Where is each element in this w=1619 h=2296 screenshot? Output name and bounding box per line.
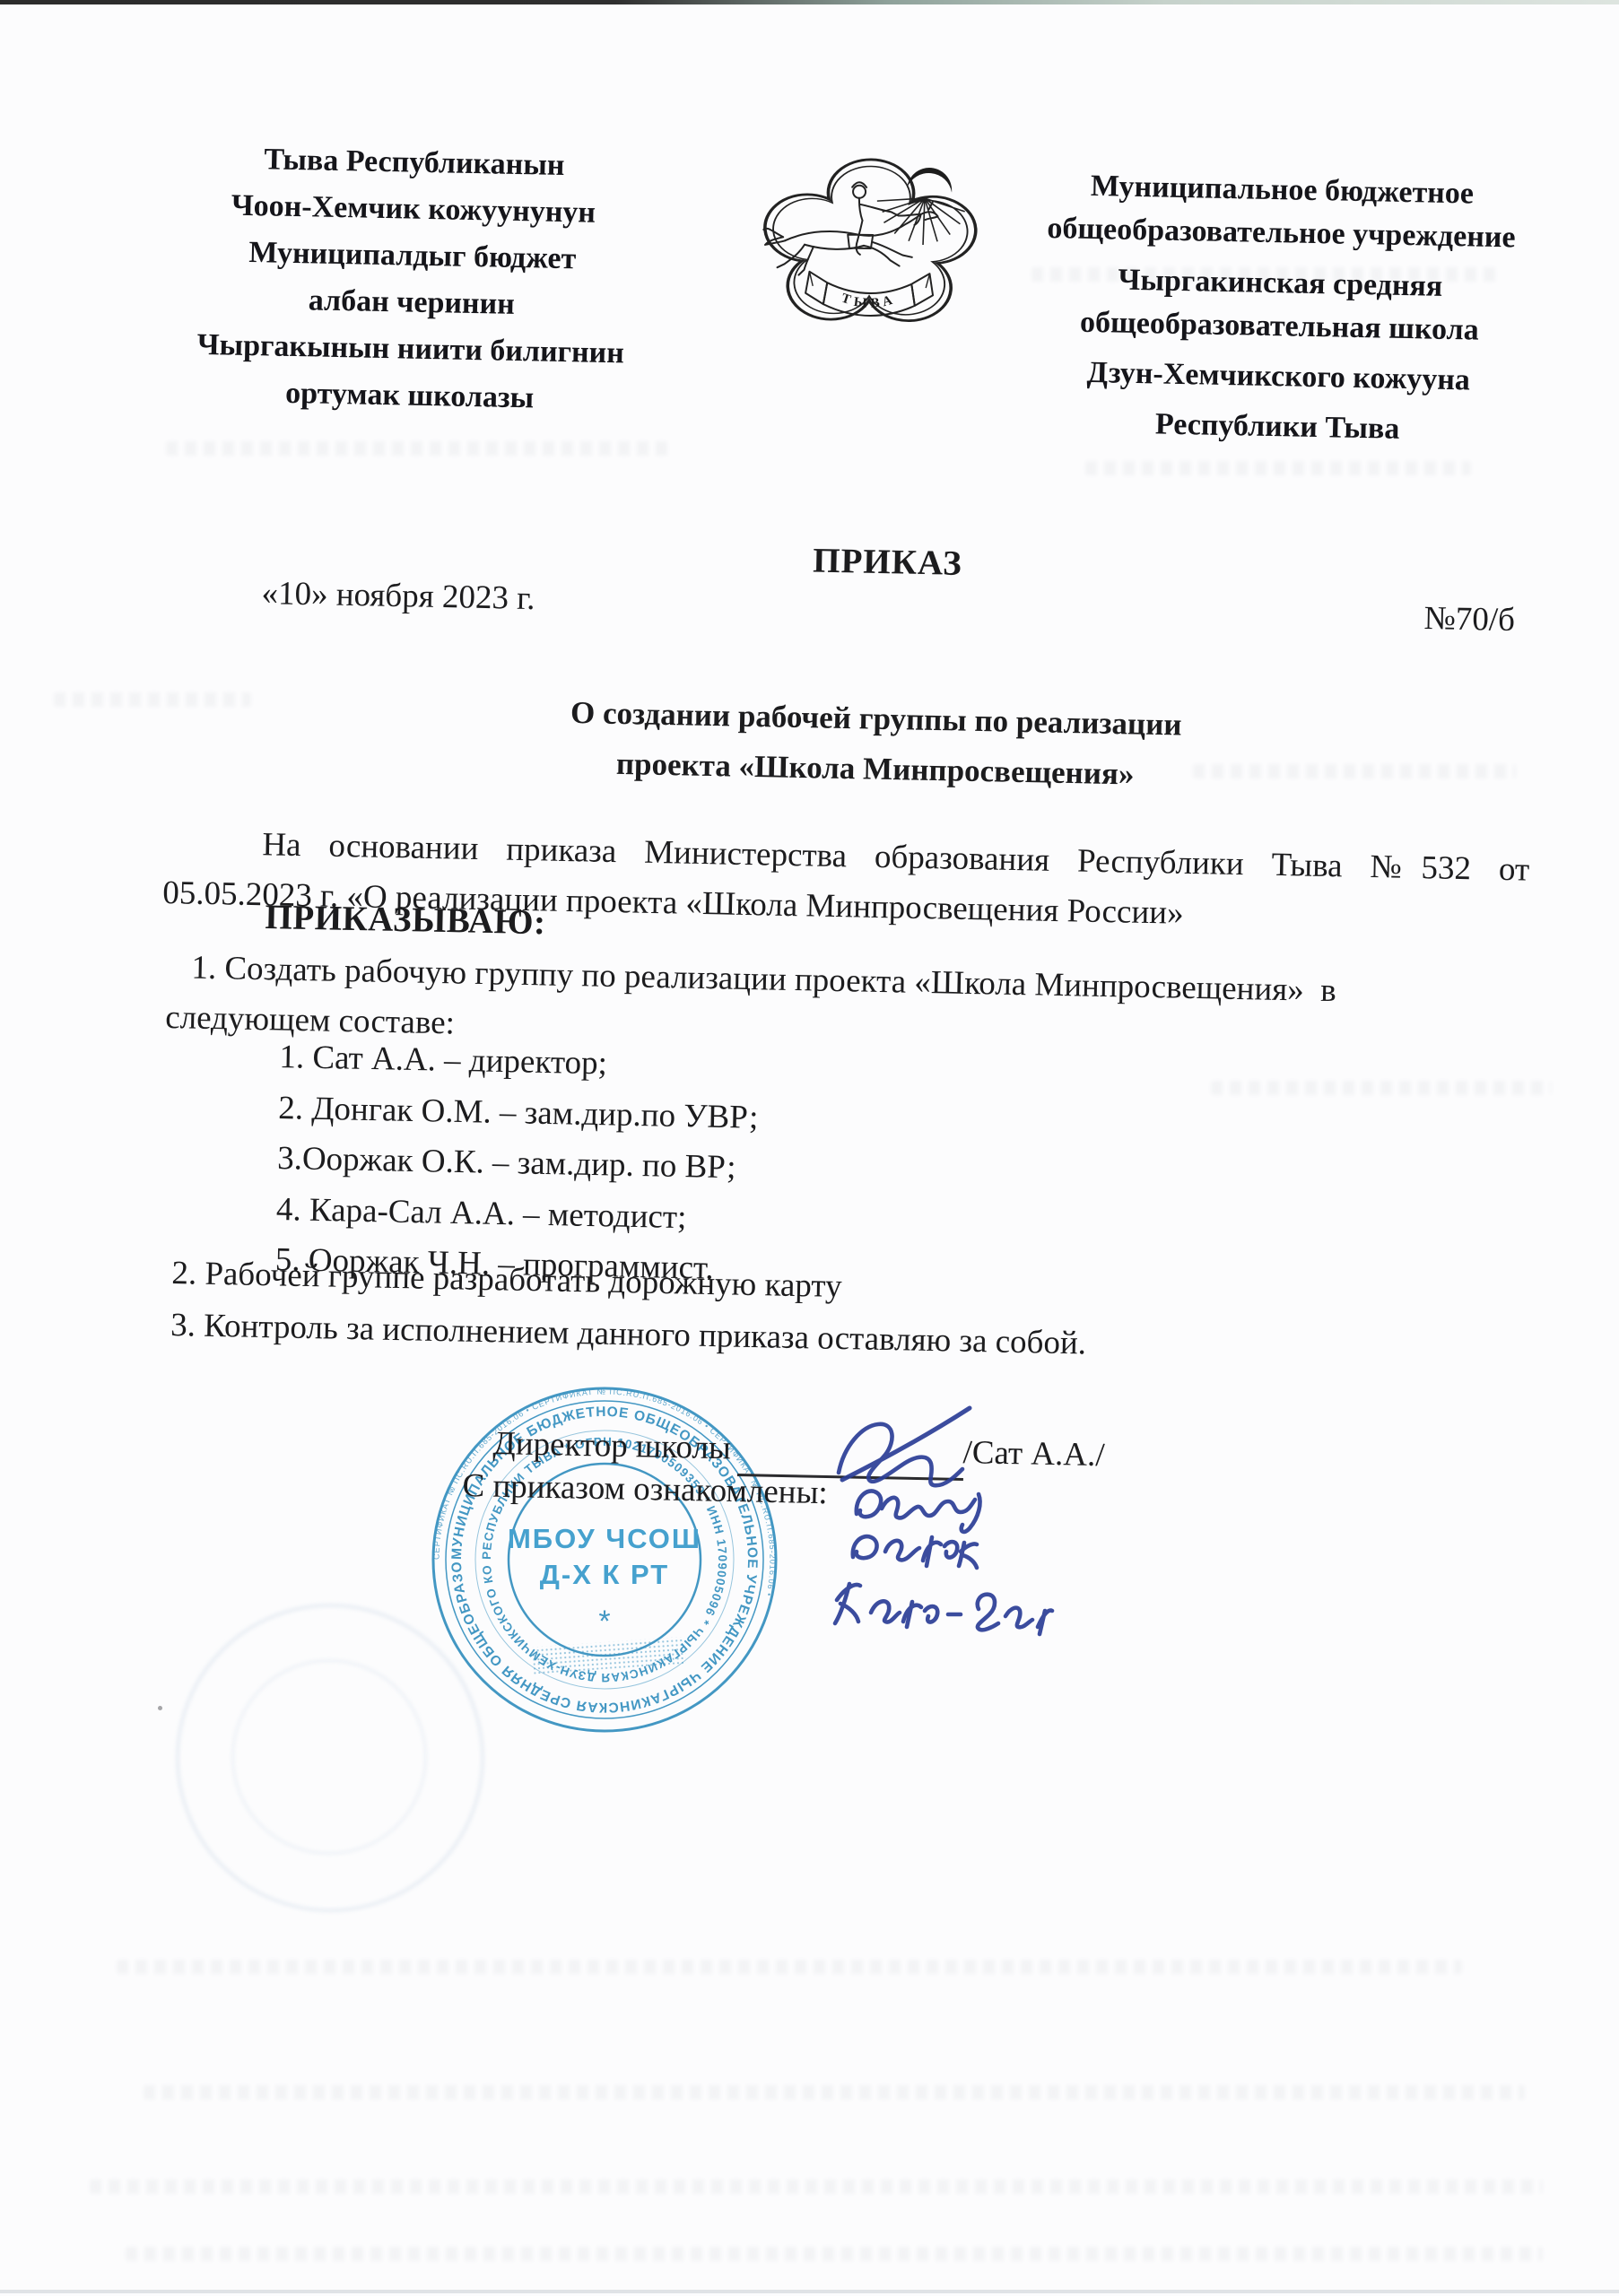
bleed-noise [117, 1960, 1462, 1974]
scanned-order-document: Тыва Республиканын Чоон-Хемчик кожуунуну… [0, 0, 1619, 2296]
letterhead-right-line: Республики Тыва [999, 400, 1556, 454]
scan-top-edge [0, 0, 1619, 4]
order-date: «10» ноября 2023 г. [261, 574, 535, 618]
bleed-noise [166, 441, 668, 456]
bleed-noise [54, 692, 251, 707]
ack-signature-3 [835, 1584, 1052, 1634]
ghost-stamp [231, 1659, 427, 1855]
bleed-noise [144, 2085, 1525, 2100]
ack-signature-1 [857, 1491, 980, 1531]
stamp-center-line1: МБОУ ЧСОШ [508, 1523, 701, 1554]
bleed-noise [1085, 461, 1471, 475]
stamp-star: * [598, 1605, 610, 1639]
director-signature [839, 1408, 970, 1485]
tyva-coat-of-arms: ТЫВА [756, 156, 983, 335]
order-number: №70/б [1423, 599, 1515, 639]
handwritten-signatures [803, 1390, 1144, 1650]
ack-signature-2 [853, 1536, 977, 1568]
bleed-noise [126, 2247, 1543, 2261]
director-label: Директор школы [492, 1424, 731, 1467]
stamp-center-line2: Д-Х К РТ [540, 1559, 669, 1590]
ink-dot [158, 1706, 162, 1710]
decree-word: ПРИКАЗЫВАЮ: [265, 897, 546, 943]
acknowledgement-label: С приказом ознакомлены: [462, 1466, 828, 1512]
order-title: ПРИКАЗ [699, 538, 1076, 586]
bleed-noise [90, 2179, 1543, 2194]
letterhead-right: Муниципальное бюджетное общеобразователь… [999, 163, 1561, 454]
order-subject: О создании рабочей группы по реализации … [263, 682, 1489, 806]
letterhead-left: Тыва Республиканын Чоон-Хемчик кожуунуну… [156, 135, 668, 424]
scan-bottom-edge [0, 2290, 1619, 2293]
letterhead-right-line: Дзун-Хемчикского кожууна [1000, 350, 1557, 404]
